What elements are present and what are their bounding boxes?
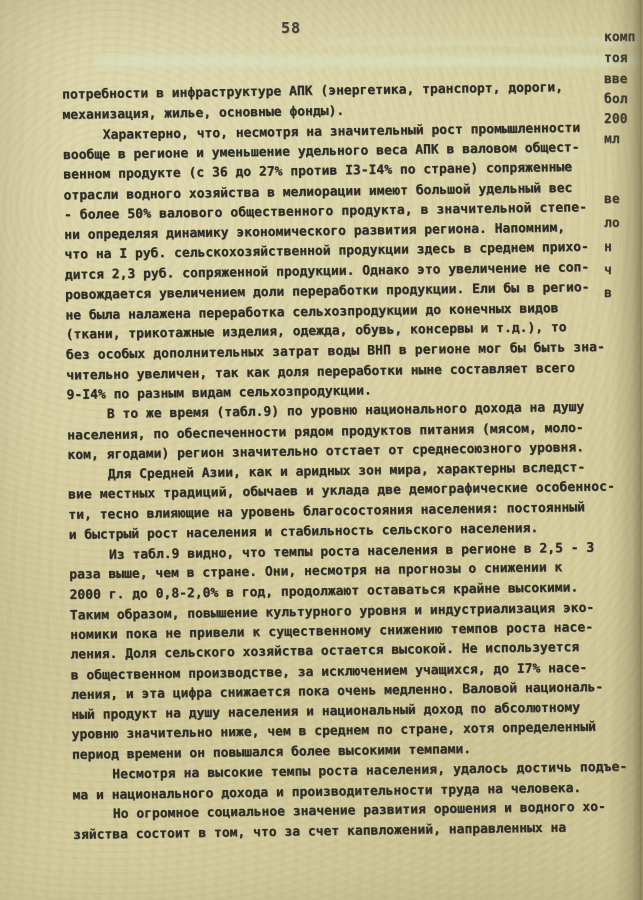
adjacent-page-text-fragment: ч (604, 263, 612, 278)
adjacent-page-text-fragment: тоя (604, 51, 627, 66)
scanner-highlight-streak (95, 55, 640, 67)
adjacent-page-text-fragment: ве (604, 192, 620, 207)
adjacent-page-text-fragment: н (604, 240, 612, 255)
scanner-highlight-streak (320, 37, 640, 46)
adjacent-page-text-fragment: комп (604, 30, 635, 45)
adjacent-page-text-fragment: мл (604, 132, 620, 147)
page-number: 58 (281, 19, 301, 37)
adjacent-page-text-fragment: бол (604, 92, 627, 107)
adjacent-page-text-fragment: в (604, 286, 612, 301)
adjacent-page-text-fragment: вве (604, 72, 627, 87)
adjacent-page-text-fragment: 200 (604, 112, 627, 127)
adjacent-page-edge: комптояввебол200млвелончв (604, 0, 643, 900)
body-text-block: потребности в инфраструктуре АПК (энерге… (62, 78, 629, 846)
scanned-document-page: 58 потребности в инфраструктуре АПК (эне… (0, 0, 643, 900)
adjacent-page-text-fragment: ло (604, 216, 620, 231)
